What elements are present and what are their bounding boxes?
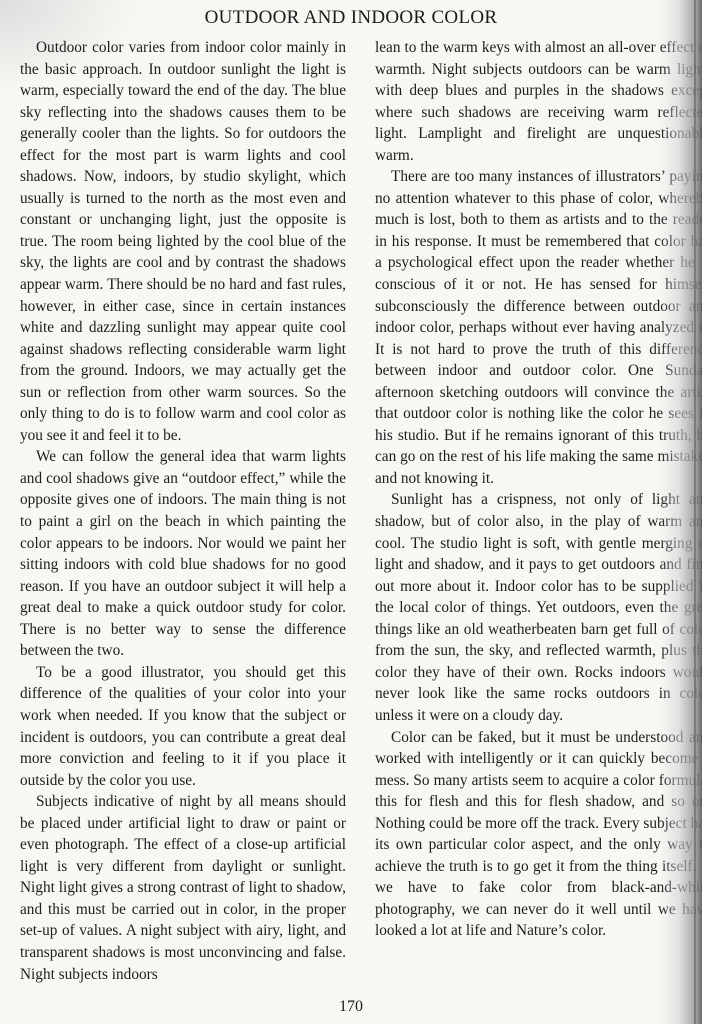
book-page: OUTDOOR AND INDOOR COLOR Outdoor color v… (0, 0, 702, 1024)
paragraph: We can follow the general idea that warm… (20, 446, 346, 661)
paragraph: To be a good illustrator, you should get… (20, 662, 346, 791)
page-edge-line (694, 0, 696, 1024)
paragraph: Color can be faked, but it must be under… (375, 727, 702, 942)
left-column: Outdoor color varies from indoor color m… (20, 37, 346, 985)
paragraph: There are too many instances of illustra… (375, 166, 702, 489)
page-number: 170 (0, 998, 702, 1016)
paragraph: Subjects indicative of night by all mean… (20, 791, 346, 985)
paragraph-continuation: lean to the warm keys with almost an all… (375, 37, 702, 166)
page-title: OUTDOOR AND INDOOR COLOR (0, 7, 702, 29)
right-column: lean to the warm keys with almost an all… (375, 37, 702, 942)
paragraph: Outdoor color varies from indoor color m… (20, 37, 346, 446)
paragraph: Sunlight has a crispness, not only of li… (375, 489, 702, 726)
